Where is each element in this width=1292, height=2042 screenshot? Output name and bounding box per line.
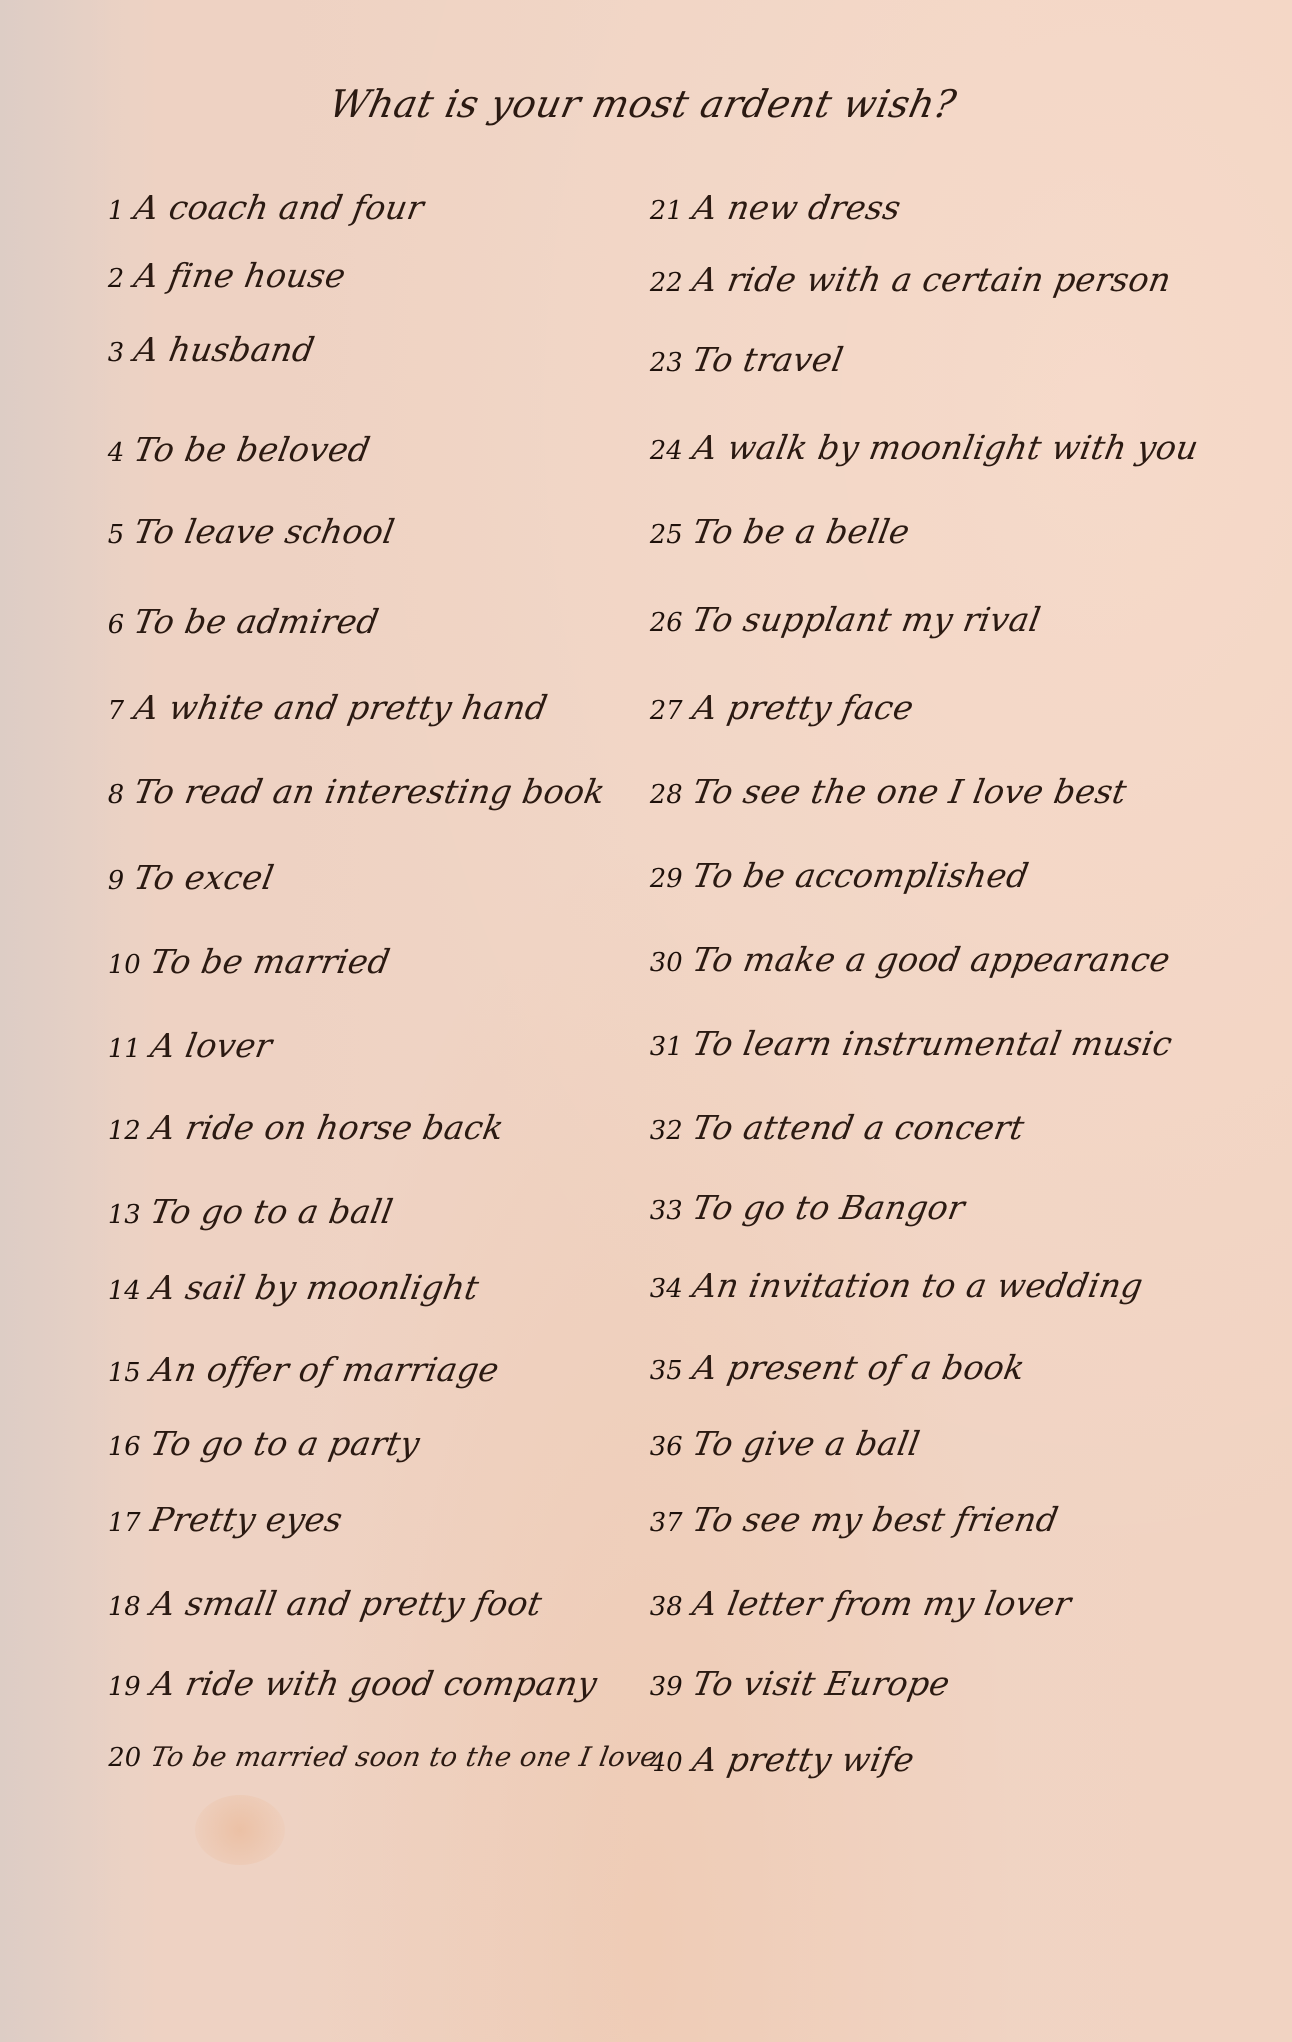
- item-number: 10: [105, 950, 143, 980]
- item-text: To make a good appearance: [690, 940, 1174, 979]
- list-item: 33To go to Bangor: [647, 1188, 968, 1227]
- item-number: 14: [105, 1276, 143, 1306]
- list-item: 1A coach and four: [105, 188, 427, 227]
- list-item: 14A sail by moonlight: [105, 1268, 482, 1307]
- item-number: 38: [647, 1592, 685, 1622]
- list-item: 23To travel: [647, 340, 847, 379]
- item-number: 12: [105, 1116, 143, 1146]
- item-text: A husband: [131, 330, 318, 369]
- item-number: 26: [647, 608, 685, 638]
- item-number: 25: [647, 520, 685, 550]
- item-text: To give a ball: [690, 1424, 923, 1463]
- list-item: 10To be married: [105, 942, 394, 981]
- item-number: 29: [647, 864, 685, 894]
- list-item: 11A lover: [105, 1026, 276, 1065]
- item-text: A letter from my lover: [690, 1584, 1075, 1623]
- item-number: 21: [647, 196, 685, 226]
- item-text: To go to Bangor: [690, 1188, 968, 1227]
- item-number: 27: [647, 696, 685, 726]
- list-item: 22A ride with a certain person: [647, 260, 1175, 299]
- item-text: An invitation to a wedding: [690, 1266, 1146, 1305]
- item-number: 17: [105, 1508, 143, 1538]
- list-item: 27A pretty face: [647, 688, 917, 727]
- item-number: 35: [647, 1356, 685, 1386]
- item-text: To go to a ball: [148, 1192, 396, 1231]
- list-item: 15An offer of marriage: [105, 1350, 503, 1389]
- list-item: 39To visit Europe: [647, 1664, 953, 1703]
- item-number: 19: [105, 1672, 143, 1702]
- item-text: An offer of marriage: [148, 1350, 503, 1389]
- item-number: 20: [105, 1743, 143, 1773]
- item-text: Pretty eyes: [148, 1500, 346, 1539]
- item-number: 28: [647, 780, 685, 810]
- item-number: 30: [647, 948, 685, 978]
- list-item: 18A small and pretty foot: [105, 1584, 546, 1623]
- item-text: To supplant my rival: [690, 600, 1044, 639]
- item-text: To see the one I love best: [690, 772, 1130, 811]
- item-text: A ride with good company: [148, 1664, 601, 1703]
- item-text: To read an interesting book: [131, 772, 608, 811]
- list-item: 28To see the one I love best: [647, 772, 1130, 811]
- item-number: 32: [647, 1116, 685, 1146]
- list-item: 5To leave school: [105, 512, 398, 551]
- list-item: 8To read an interesting book: [105, 772, 609, 811]
- paper-background: [0, 0, 1292, 2042]
- item-number: 24: [647, 436, 685, 466]
- item-text: To go to a party: [148, 1424, 423, 1463]
- list-item: 30To make a good appearance: [647, 940, 1174, 979]
- item-number: 36: [647, 1432, 685, 1462]
- list-item: 38A letter from my lover: [647, 1584, 1075, 1623]
- item-text: A present of a book: [690, 1348, 1028, 1387]
- item-number: 33: [647, 1196, 685, 1226]
- list-item: 36To give a ball: [647, 1424, 923, 1463]
- item-number: 39: [647, 1672, 685, 1702]
- item-text: To be married soon to the one I love: [148, 1742, 659, 1773]
- list-item: 29To be accomplished: [647, 856, 1032, 895]
- item-text: A sail by moonlight: [148, 1268, 482, 1307]
- item-text: To be a belle: [690, 512, 913, 551]
- item-text: A walk by moonlight with you: [690, 428, 1202, 467]
- list-item: 17Pretty eyes: [105, 1500, 346, 1539]
- list-item: 3A husband: [105, 330, 318, 369]
- item-text: To attend a concert: [690, 1108, 1028, 1147]
- item-text: A white and pretty hand: [131, 688, 550, 727]
- page-title: What is your most ardent wish?: [325, 82, 960, 126]
- list-item: 13To go to a ball: [105, 1192, 396, 1231]
- item-number: 16: [105, 1432, 143, 1462]
- list-item: 9To excel: [105, 858, 277, 897]
- item-number: 31: [647, 1032, 685, 1062]
- item-number: 34: [647, 1274, 685, 1304]
- list-item: 7A white and pretty hand: [105, 688, 551, 727]
- item-text: To leave school: [131, 512, 398, 551]
- list-item: 34An invitation to a wedding: [647, 1266, 1146, 1305]
- list-item: 6To be admired: [105, 602, 382, 641]
- list-item: 35A present of a book: [647, 1348, 1028, 1387]
- item-number: 23: [647, 348, 685, 378]
- list-item: 12A ride on horse back: [105, 1108, 508, 1147]
- list-item: 26To supplant my rival: [647, 600, 1044, 639]
- list-item: 24A walk by moonlight with you: [647, 428, 1202, 467]
- item-text: To be accomplished: [690, 856, 1032, 895]
- item-text: A small and pretty foot: [148, 1584, 545, 1623]
- item-text: To excel: [131, 858, 277, 897]
- item-text: A ride on horse back: [148, 1108, 507, 1147]
- item-text: To see my best friend: [690, 1500, 1062, 1539]
- item-text: To learn instrumental music: [690, 1024, 1176, 1063]
- item-text: To be beloved: [131, 430, 373, 469]
- item-text: A new dress: [690, 188, 904, 227]
- list-item: 21A new dress: [647, 188, 904, 227]
- item-number: 15: [105, 1358, 143, 1388]
- item-text: To visit Europe: [690, 1664, 953, 1703]
- list-item: 40A pretty wife: [647, 1740, 918, 1779]
- item-text: To travel: [690, 340, 847, 379]
- list-item: 4To be beloved: [105, 430, 374, 469]
- item-number: 18: [105, 1592, 143, 1622]
- item-text: A pretty face: [690, 688, 917, 727]
- list-item: 32To attend a concert: [647, 1108, 1028, 1147]
- item-text: A coach and four: [131, 188, 427, 227]
- item-text: A fine house: [131, 256, 349, 295]
- list-item: 16To go to a party: [105, 1424, 423, 1463]
- item-number: 37: [647, 1508, 685, 1538]
- item-number: 11: [105, 1034, 143, 1064]
- list-item: 25To be a belle: [647, 512, 913, 551]
- item-number: 13: [105, 1200, 143, 1230]
- list-item: 37To see my best friend: [647, 1500, 1062, 1539]
- item-text: A ride with a certain person: [690, 260, 1175, 299]
- paper-edge-shadow: [0, 0, 115, 2042]
- paper-stain: [195, 1795, 285, 1865]
- list-item: 31To learn instrumental music: [647, 1024, 1176, 1063]
- item-text: To be married: [148, 942, 393, 981]
- item-text: A pretty wife: [690, 1740, 918, 1779]
- item-number: 22: [647, 268, 685, 298]
- item-number: 40: [647, 1748, 685, 1778]
- list-item: 2A fine house: [105, 256, 349, 295]
- list-item: 19A ride with good company: [105, 1664, 601, 1703]
- item-text: To be admired: [131, 602, 382, 641]
- item-text: A lover: [148, 1026, 276, 1065]
- list-item: 20To be married soon to the one I love: [105, 1742, 659, 1773]
